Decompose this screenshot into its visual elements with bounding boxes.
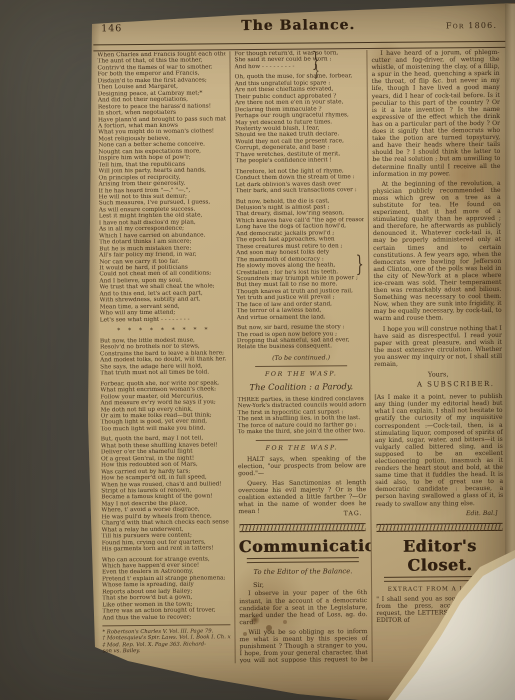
prose-paragraph: I have heard of a jorum, of phlegm-cutte… [371, 49, 500, 178]
asterisk-separator: * * * * * * * * * [100, 326, 228, 335]
verse-line: And virtue ornament the land. [237, 314, 365, 322]
verse-stanza: But now, sir bard, resume the story :The… [237, 324, 365, 351]
verse-line: The people's confidence inherit ! [235, 157, 363, 165]
to-be-continued: (To be continued.) [237, 354, 365, 362]
scanned-newspaper-page: 146 The Balance. For 1806. When Charles … [0, 0, 515, 700]
verse-line: His garments torn and rent in tatters! [102, 545, 230, 553]
verse-stanza: Therefore, let not the light of rhyme,Co… [235, 168, 363, 195]
verse-stanza: But now, behold, the die is cast,Delusio… [236, 198, 365, 322]
page-header: 146 The Balance. For 1806. [93, 14, 503, 42]
section-rule [255, 365, 347, 367]
verse-stanza: But now, the little modest muse,Resolv'd… [100, 337, 228, 377]
verse-line: And how - - - - - - - - - [235, 63, 363, 71]
prose-paragraph: I observe in your paper of the 6th insta… [239, 589, 367, 626]
verse-stanza: Oh, quoth the muse, for shame, forbear,A… [235, 73, 364, 164]
ornamental-band [377, 522, 503, 531]
prose-paragraph: [As I make it a point, never to publish … [374, 393, 503, 508]
to-the-editor-line: To the Editor of the Balance. [239, 567, 367, 576]
verse-stanza: But, quoth the bard, may I not tell,What… [101, 436, 230, 553]
verse-stanza: Forbear, quoth she, nor write nor speak,… [100, 380, 228, 433]
section-rule [256, 439, 348, 441]
editor-balance-signature: Edit. Bal.] [375, 510, 497, 518]
prose-paragraph: At the beginning of the revolution, a ph… [373, 180, 502, 323]
verse-line: Their bark, and such transactions cover … [236, 187, 364, 195]
footnote-block: * Robertson's Charles V. Vol. III. Page … [102, 624, 230, 654]
masthead-title: The Balance. [93, 16, 503, 36]
column-container: When Charles and Francis fought each oth… [93, 49, 508, 665]
prose-paragraph: HALT says, when speaking of the election… [238, 455, 366, 477]
closing-yours: Yours, [374, 370, 502, 379]
footnote-line: son vs. Bailey. [103, 647, 231, 654]
ornamental-band [240, 523, 366, 532]
verse-stanza: THREE parties, in these kindred conclave… [237, 396, 365, 436]
column-1: When Charles and Francis fought each oth… [93, 51, 234, 664]
issue-year: For 1806. [446, 21, 497, 30]
verse-line: Relate the business consequent. [237, 344, 365, 352]
prose-paragraph: I hope you will construe nothing that I … [374, 324, 502, 368]
verse-line: Too much light will make you blind. [101, 425, 229, 433]
verse-line: That truth must not all times be told. [100, 370, 228, 378]
brace-ornament: } [356, 252, 364, 278]
prose-paragraph: Will you be so obliging as to inform me … [239, 628, 367, 663]
column-2: For though return'd, it was so torn,She … [229, 50, 371, 663]
blackletter-heading: Communication. [239, 536, 367, 556]
verse-line: Perhaps our rough ungraceful rhymes, [235, 112, 363, 120]
subscriber-signature: A SUBSCRIBER. [374, 380, 494, 389]
verse-line: To make the third, she join'd the other … [238, 428, 366, 436]
verse-stanza: For though return'd, it was so torn,She … [234, 50, 362, 70]
verse-stanza: When Charles and Francis fought each oth… [97, 51, 227, 323]
verse-line: Let's see what night - - - - - - - - [100, 316, 228, 324]
for-the-wasp-heading: FOR THE WASP. [238, 444, 366, 452]
double-rule [247, 558, 359, 564]
page-content: 146 The Balance. For 1806. When Charles … [0, 0, 515, 700]
verse-stanza: Who can account for strange events,Which… [102, 556, 231, 622]
salutation: Sir, [239, 580, 367, 589]
brace-ornament: } [314, 63, 320, 81]
parody-title: The Coalition : a Parody. [237, 381, 365, 392]
for-the-wasp-heading: FOR THE WASP. [237, 370, 365, 378]
verse-line: And thus the value to recover; [102, 614, 230, 622]
